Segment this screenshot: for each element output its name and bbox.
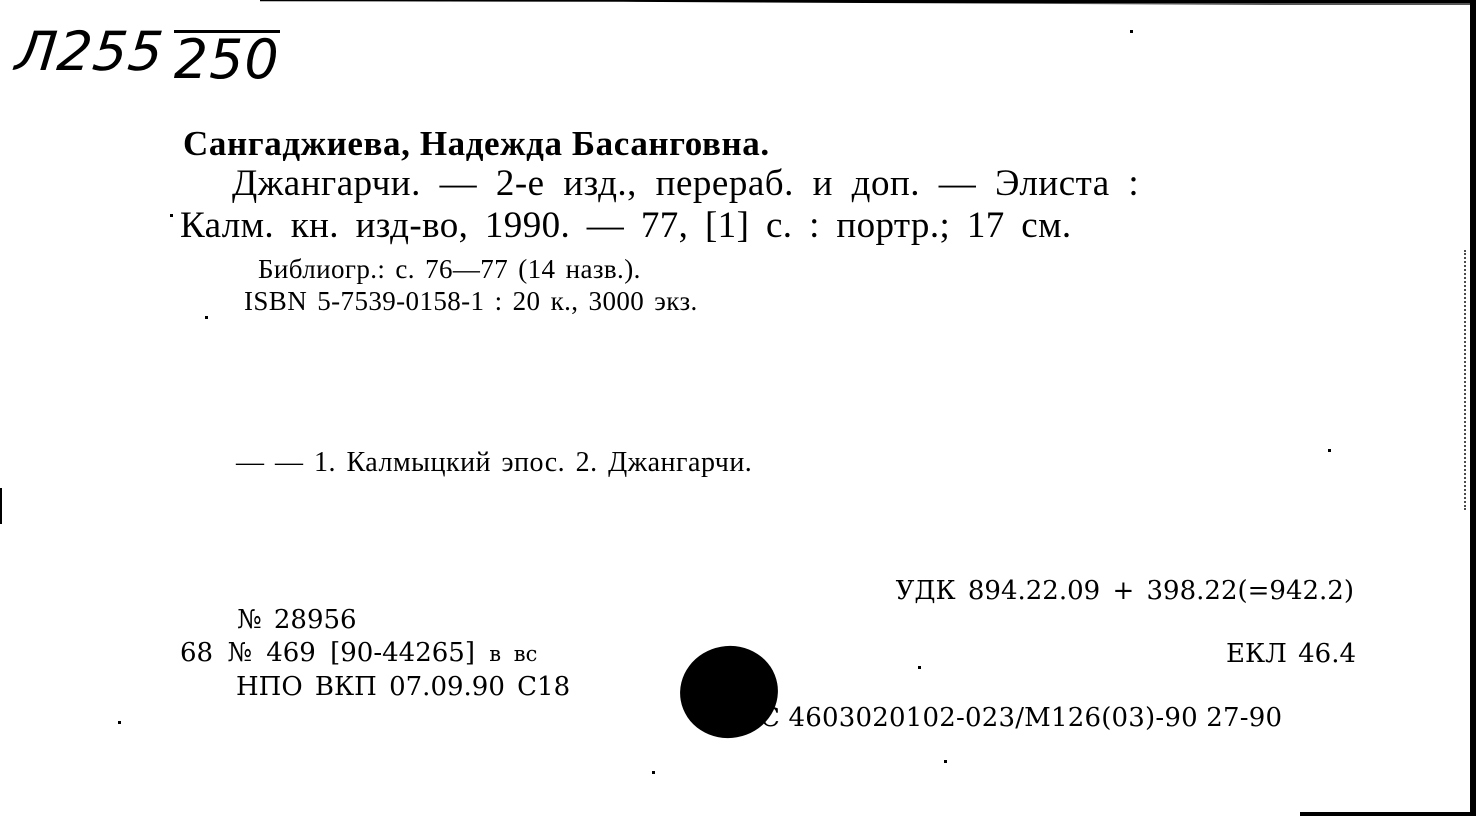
scan-speck xyxy=(944,760,947,763)
udc-classification: УДК 894.22.09 + 398.22(=942.2) xyxy=(896,578,1354,604)
order-number: 68 № 469 [90-44265] xyxy=(180,638,475,668)
order-suffix: в вс xyxy=(489,642,537,666)
shelfmark-secondary: 250 xyxy=(174,30,280,87)
scan-speck xyxy=(652,771,655,774)
card-right-edge xyxy=(1470,0,1476,816)
printer-line: НПО ВКП 07.09.90 С18 xyxy=(236,674,570,700)
registration-number: № 28956 xyxy=(237,607,357,633)
order-number-line: 68 № 469 [90-44265] в вс xyxy=(180,640,537,666)
subject-tracings: — — 1. Калмыцкий эпос. 2. Джангарчи. xyxy=(236,449,752,477)
scan-speck xyxy=(118,721,121,724)
handwritten-shelfmark: Л255250 xyxy=(16,22,280,79)
scan-speck xyxy=(918,666,921,669)
publication-code: С 4603020102-023/М126(03)-90 27-90 xyxy=(760,705,1282,731)
card-left-edge-mark xyxy=(0,488,2,524)
title-edition-line: Джангарчи. — 2-е изд., перераб. и доп. —… xyxy=(232,165,1139,202)
card-top-edge xyxy=(260,0,1470,6)
card-right-edge-wear xyxy=(1464,250,1470,510)
scan-speck xyxy=(1130,30,1133,33)
scan-speck xyxy=(1328,449,1331,452)
scan-speck xyxy=(205,316,208,319)
author-heading: Сангаджиева, Надежда Басанговна. xyxy=(183,126,770,161)
card-bottom-edge xyxy=(1300,812,1476,816)
bibliography-note: Библиогр.: с. 76—77 (14 назв.). xyxy=(258,256,641,283)
isbn-note: ISBN 5-7539-0158-1 : 20 к., 3000 экз. xyxy=(244,288,698,315)
scan-speck xyxy=(170,214,173,217)
publication-line: Калм. кн. изд-во, 1990. — 77, [1] с. : п… xyxy=(180,207,1072,244)
shelfmark-primary: Л255 xyxy=(13,25,166,79)
catalog-card: Л255250 Сангаджиева, Надежда Басанговна.… xyxy=(0,0,1476,816)
ekl-classification: ЕКЛ 46.4 xyxy=(1226,641,1356,667)
